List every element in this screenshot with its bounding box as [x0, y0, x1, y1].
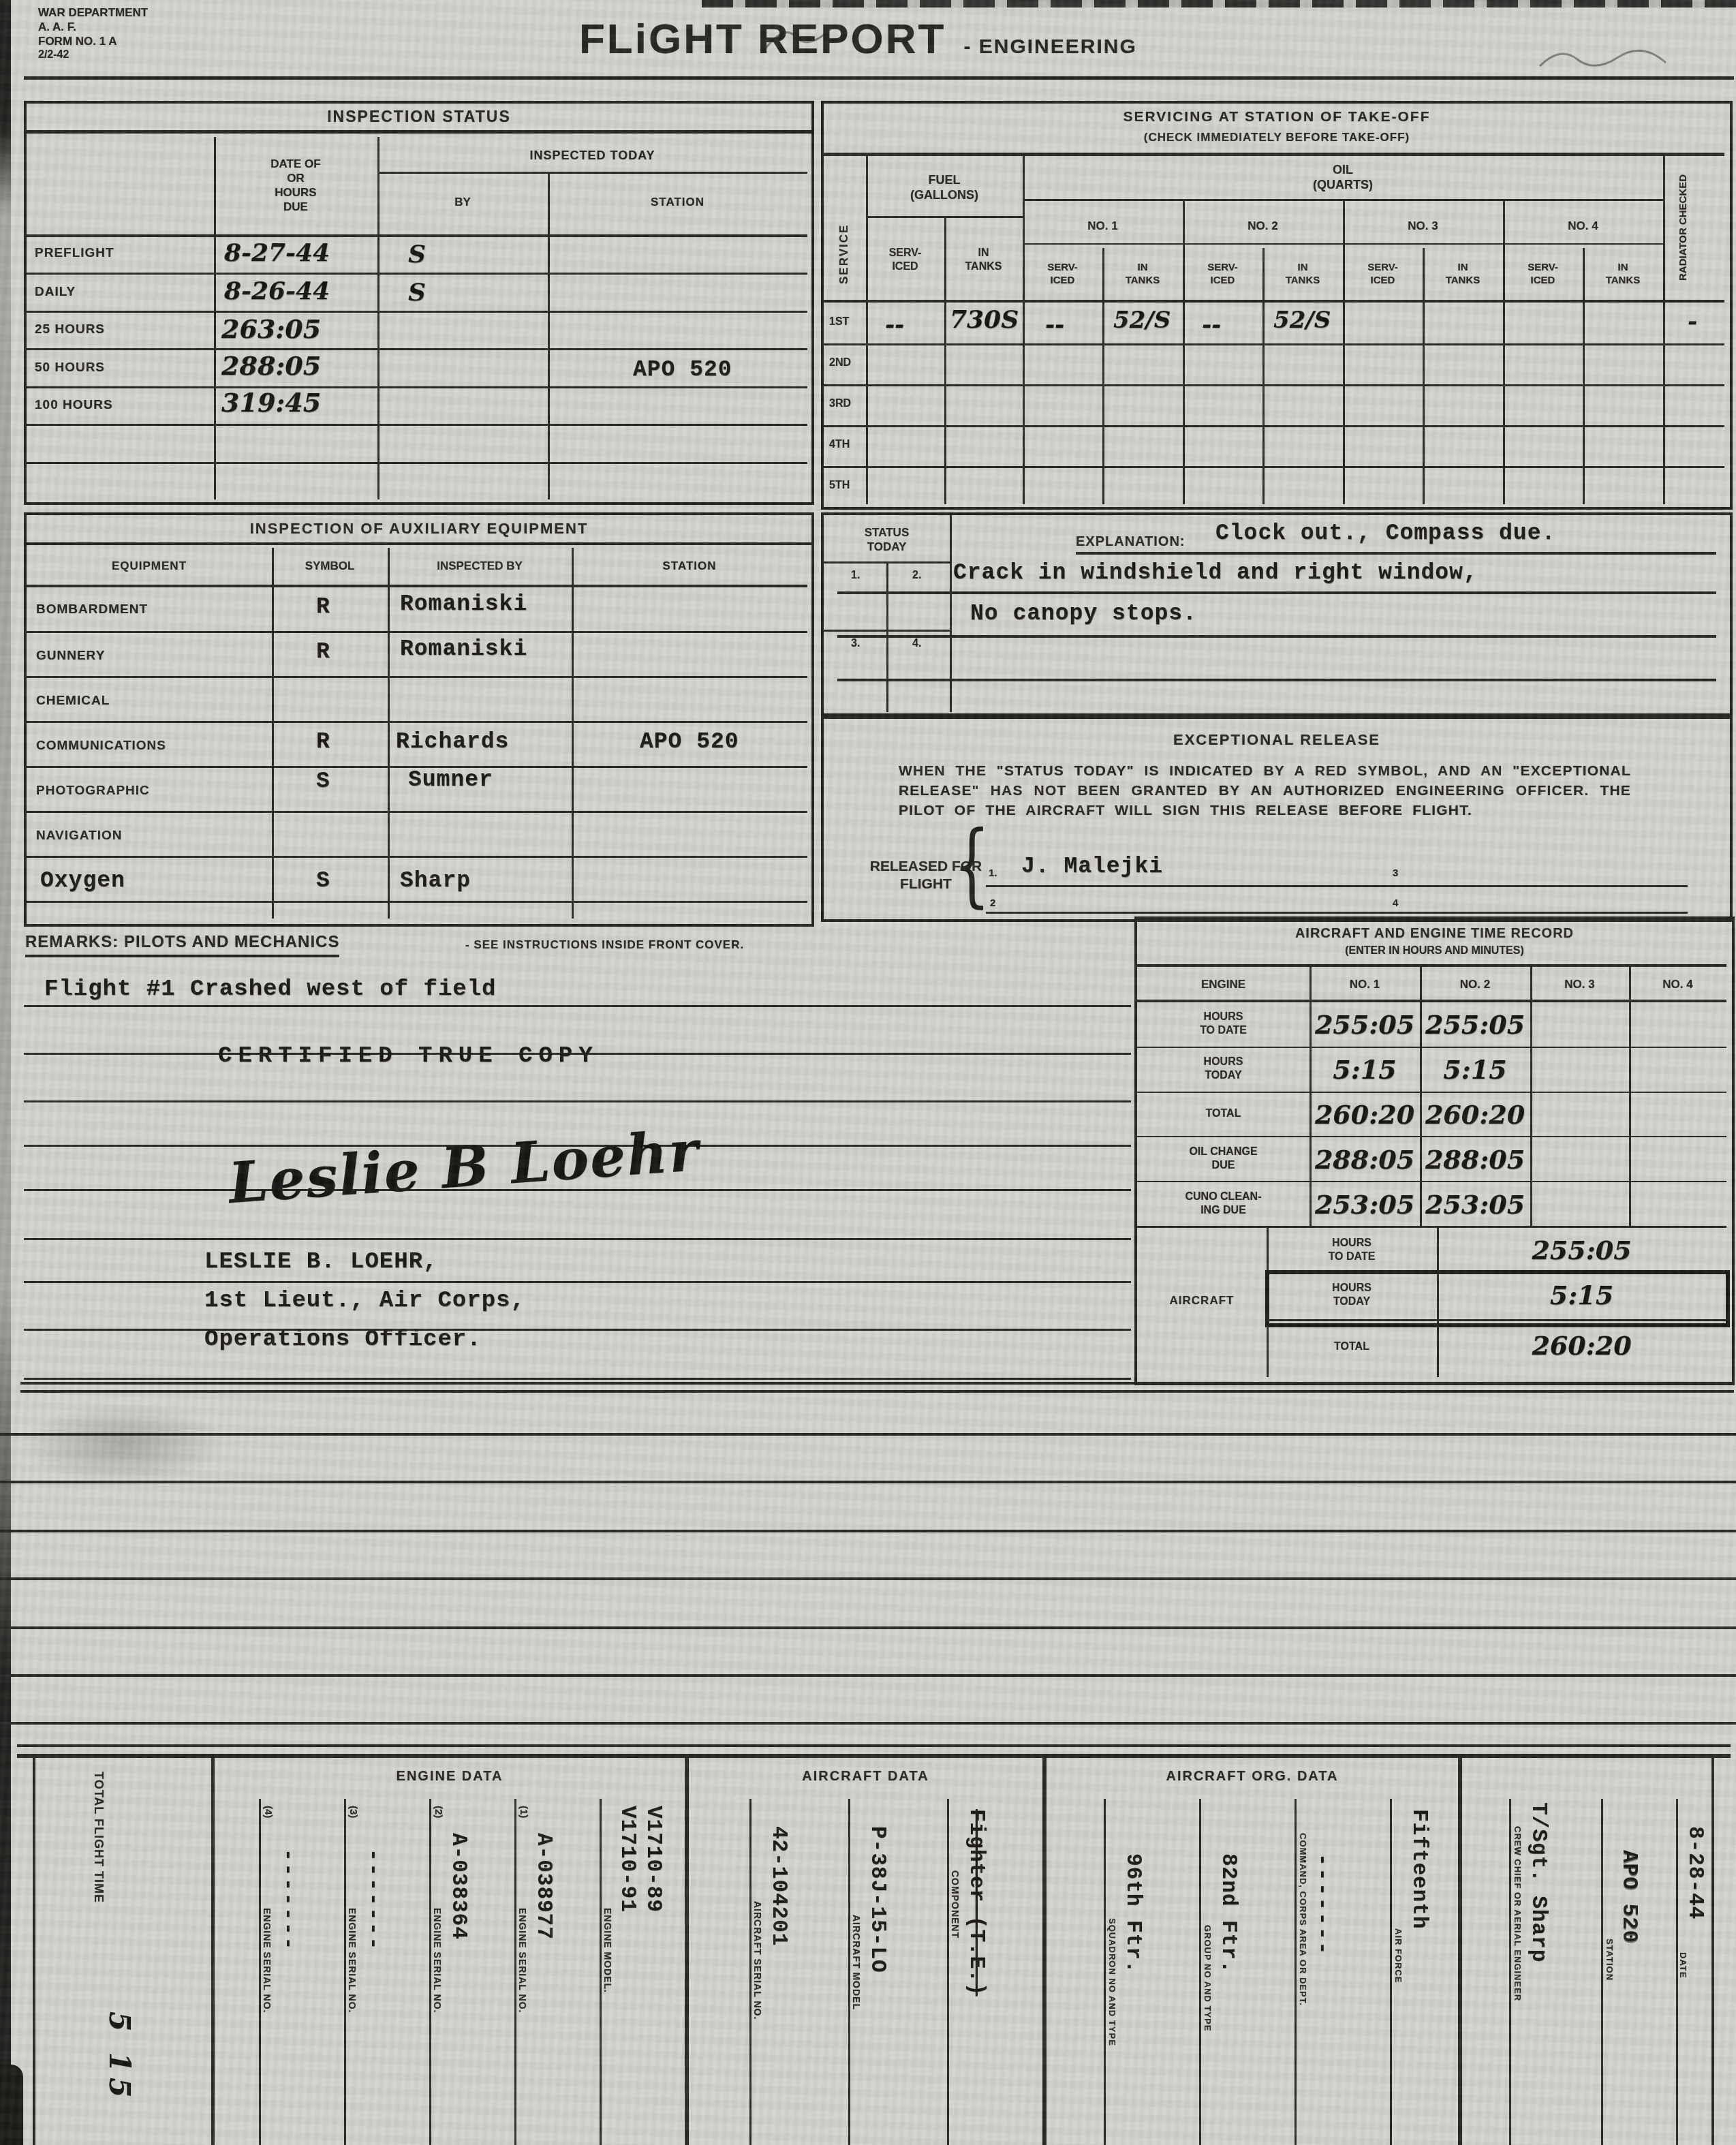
row-label: DAILY [35, 285, 76, 300]
time-record-title: AIRCRAFT AND ENGINE TIME RECORD [1137, 925, 1732, 942]
stub-column-number: (4) [262, 1806, 274, 1818]
grid-line [1267, 1319, 1726, 1321]
explanation-entry-line3: No canopy stops. [970, 601, 1197, 626]
symbol-entry: R [316, 639, 330, 664]
grid-line [27, 811, 807, 813]
oil-in-tanks-header: IN TANKS [1583, 250, 1663, 298]
aircraft-time-value: 5:15 [1437, 1275, 1726, 1314]
stub-engine-model-entry2: V1710-89 [641, 1806, 665, 1913]
service-row-label: 1ST [829, 316, 849, 328]
oil-serviced-header: SERV- ICED [1023, 250, 1102, 298]
exceptional-release-title: EXCEPTIONAL RELEASE [824, 730, 1730, 750]
grid-line [27, 234, 807, 237]
column-header-inspected-by: INSPECTED BY [388, 551, 572, 582]
stub-group-header-aircraft-data: AIRCRAFT DATA [689, 1766, 1042, 1787]
inspected-by-entry: Sumner [408, 767, 493, 792]
status-cell-number: 2. [912, 570, 921, 582]
grid-line [27, 311, 807, 313]
inspected-by-entry: Sharp [400, 868, 471, 893]
explanation-entry-line1: Clock out., Compass due. [1215, 521, 1555, 546]
signature-rule [986, 885, 1688, 887]
stub-column-label: ENGINE SERIAL NO. [347, 1908, 358, 2013]
stub-column-number: (2) [433, 1806, 444, 1818]
time-value: 255:05 [1420, 1004, 1530, 1045]
oil-serviced-header: SERV- ICED [1183, 250, 1262, 298]
explanation-label: EXPLANATION: [1076, 534, 1185, 550]
stub-border [33, 1758, 35, 2145]
rule-line [1076, 552, 1716, 555]
column-header-engine: ENGINE [1137, 971, 1309, 998]
oil1-serviced-entry: -- [1045, 311, 1064, 339]
brace-glyph: { [953, 812, 991, 918]
stub-column-number: (1) [518, 1806, 529, 1818]
grid-line [824, 384, 1724, 386]
oil2-serviced-entry: -- [1202, 311, 1221, 339]
section-divider [20, 1390, 1734, 1393]
grid-line [1183, 199, 1185, 504]
signed-title: Operations Officer. [204, 1327, 482, 1353]
stub-engine-serial-entry: ------- [361, 1849, 385, 1951]
grid-line [1503, 199, 1505, 504]
time-value: 288:05 [1420, 1139, 1530, 1179]
stub-rule [848, 1799, 850, 2145]
column-header-no2: NO. 2 [1420, 971, 1530, 998]
page-title-suffix: - ENGINEERING [963, 35, 1136, 59]
stub-aircraft-model-entry: P-38J-15-LO [865, 1826, 889, 1973]
grid-line [824, 630, 950, 632]
stub-rule [259, 1799, 261, 2145]
grid-line [1530, 967, 1532, 1226]
status-cell-number: 4. [912, 638, 921, 650]
inspection-status-title: INSPECTION STATUS [27, 104, 811, 134]
grid-line [1137, 1047, 1726, 1048]
oil-engine-header-2: NO. 2 [1183, 213, 1343, 240]
stub-date-entry: 8-28-44 [1683, 1826, 1707, 1919]
rule-line [0, 1481, 1736, 1483]
explanation-entry-line2: Crack in windshield and right window, [953, 560, 1478, 585]
column-header-equipment: EQUIPMENT [27, 551, 272, 582]
stub-total-flight-time-value: 5 15 [103, 2011, 136, 2103]
oil-serviced-header: SERV- ICED [1343, 250, 1423, 298]
stub-aircraft-serial-entry: 42-104201 [766, 1826, 790, 1946]
oil-header: OIL (QUARTS) [1023, 159, 1663, 195]
stub-column-label: ENGINE MODEL. [602, 1908, 613, 1993]
stub-group-header-engine-data: ENGINE DATA [215, 1766, 685, 1787]
equipment-label: CHEMICAL [36, 694, 110, 709]
oil-serviced-header: SERV- ICED [1503, 250, 1583, 298]
service-row-label: 3RD [829, 398, 851, 410]
rule-line [0, 1577, 1736, 1580]
form-date: 2/2-42 [38, 48, 148, 62]
stub-rule [344, 1799, 346, 2145]
rule-line [24, 1329, 1131, 1331]
service-row-label: 4TH [829, 439, 850, 451]
rule-line [24, 1238, 1131, 1240]
grid-line [1343, 199, 1345, 504]
radiator-entry: - [1688, 308, 1697, 335]
grid-line [388, 548, 390, 919]
time-row-label: HOURS TO DATE [1137, 1004, 1309, 1045]
stub-rule [514, 1799, 516, 2145]
auxiliary-title: INSPECTION OF AUXILIARY EQUIPMENT [27, 515, 811, 545]
status-today-header: STATUS TODAY [824, 522, 950, 557]
stub-air-force-entry: Fifteenth [1407, 1809, 1431, 1929]
page-title: FLiGHT REPORT [579, 15, 946, 63]
stub-column-label: DATE [1678, 1952, 1688, 1978]
grid-line [866, 216, 1023, 218]
status-cell-number: 1. [851, 570, 860, 582]
by-entry: S [408, 278, 426, 307]
time-value: 255:05 [1309, 1004, 1420, 1045]
stub-rule [600, 1799, 602, 2145]
fuel-serviced-entry: -- [885, 311, 904, 339]
stub-column-label: ENGINE SERIAL NO. [432, 1908, 443, 2013]
stub-border [1711, 1758, 1714, 2145]
column-header-station: STATION [572, 551, 807, 582]
time-value: 5:15 [1420, 1049, 1530, 1090]
stub-section: ENGINE DATA AIRCRAFT DATA AIRCRAFT ORG. … [0, 1736, 1736, 2145]
signed-name: LESLIE B. LOEHR, [204, 1249, 437, 1275]
rule-line [0, 1530, 1736, 1532]
stub-rule [1390, 1799, 1392, 2145]
status-explanation-section: STATUS TODAY 1. 2. 3. 4. EXPLANATION: Cl… [821, 512, 1733, 719]
release-line-number: 4 [1393, 897, 1398, 909]
stub-separator [211, 1758, 215, 2145]
stub-station-entry: APO 520 [1617, 1850, 1641, 1943]
column-header-inspected-today: INSPECTED TODAY [377, 142, 807, 169]
scan-edge-top-right [702, 0, 1736, 7]
stub-column-label: ENGINE SERIAL NO. [517, 1908, 528, 2013]
time-value: 260:20 [1309, 1094, 1420, 1135]
oil-in-tanks-header: IN TANKS [1423, 250, 1503, 298]
rule-line [0, 1722, 1736, 1725]
time-row-label: OIL CHANGE DUE [1137, 1139, 1309, 1179]
grid-line [1137, 1136, 1726, 1137]
grid-line [27, 585, 807, 587]
stub-engine-serial-entry: A-038364 [446, 1833, 470, 1940]
servicing-section: SERVICING AT STATION OF TAKE-OFF (CHECK … [821, 101, 1733, 510]
by-entry: S [408, 240, 426, 268]
stub-group-header-aircraft-org-data: AIRCRAFT ORG. DATA [1047, 1766, 1458, 1787]
grid-line [1629, 967, 1631, 1226]
time-value: 253:05 [1309, 1184, 1420, 1224]
time-row-label: HOURS TODAY [1137, 1049, 1309, 1090]
equipment-label: PHOTOGRAPHIC [36, 784, 150, 799]
time-row-label: TOTAL [1137, 1094, 1309, 1135]
grid-line [272, 548, 274, 919]
grid-line [27, 462, 807, 464]
grid-line [548, 174, 550, 499]
stub-rule [1199, 1799, 1201, 2145]
grid-line [27, 631, 807, 633]
stub-rule [947, 1799, 949, 2145]
grid-line [27, 676, 807, 678]
inspected-by-entry: Richards [396, 729, 509, 754]
stub-component-entry: Fighter (T.E.) [964, 1809, 988, 1996]
grid-line [1023, 199, 1663, 201]
column-header-by: BY [377, 185, 548, 219]
service-row-label: 5TH [829, 480, 850, 492]
stub-column-label: STATION [1605, 1939, 1615, 1981]
stub-top-rule [17, 1744, 1731, 1747]
grid-line [950, 515, 952, 712]
grid-line [1023, 243, 1663, 245]
grid-line [572, 548, 574, 919]
stub-total-flight-time-label: TOTAL FLIGHT TIME [91, 1772, 106, 1903]
time-value: 260:20 [1420, 1094, 1530, 1135]
stub-column-label: ENGINE SERIAL NO. [262, 1908, 273, 2013]
form-number: FORM NO. 1 A [38, 34, 148, 48]
grid-line [27, 424, 807, 426]
scan-smudge [20, 1404, 225, 1485]
status-cell-number: 3. [851, 638, 860, 650]
oil-engine-header-3: NO. 3 [1343, 213, 1503, 240]
rule-line [837, 679, 1716, 681]
equipment-label: COMMUNICATIONS [36, 739, 166, 754]
stub-column-label: AIRCRAFT MODEL [851, 1915, 862, 2010]
oil1-in-tanks-entry: 52/S [1113, 307, 1171, 334]
stub-command-entry: ------- [1310, 1853, 1334, 1956]
due-entry: 319:45 [221, 387, 321, 418]
stub-rule [749, 1799, 751, 2145]
stub-crew-chief-entry: T/Sgt. Sharp [1526, 1802, 1550, 1962]
time-value: 5:15 [1309, 1049, 1420, 1090]
rule-line [0, 1674, 1736, 1677]
column-header-no3: NO. 3 [1530, 971, 1629, 998]
equipment-entry-oxygen: Oxygen [40, 868, 125, 893]
grid-line [824, 425, 1724, 427]
stub-rule [1601, 1799, 1603, 2145]
stub-column-label: COMPONENT [950, 1870, 961, 1939]
signature-rule [986, 912, 1688, 914]
remarks-section: REMARKS: PILOTS AND MECHANICS - SEE INST… [24, 923, 1134, 1380]
inspected-by-entry: Romaniski [400, 591, 527, 617]
time-value: 288:05 [1309, 1139, 1420, 1179]
grid-line [824, 300, 1724, 303]
grid-line [1137, 1226, 1726, 1228]
row-label: 25 HOURS [35, 322, 105, 337]
aircraft-row-label: HOURS TODAY [1267, 1276, 1437, 1314]
column-header-no1: NO. 1 [1309, 971, 1420, 998]
due-entry: 263:05 [221, 313, 321, 344]
oil2-in-tanks-entry: 52/S [1273, 307, 1331, 334]
exceptional-release-body: WHEN THE "STATUS TODAY" IS INDICATED BY … [899, 761, 1631, 820]
stub-rule [1295, 1799, 1297, 2145]
stub-engine-model-entry: V1710-91 [615, 1806, 639, 1913]
grid-line [824, 466, 1724, 468]
symbol-entry: R [316, 594, 330, 619]
grid-line [1137, 964, 1726, 967]
grid-line [824, 343, 1724, 345]
oil-engine-header-4: NO. 4 [1503, 213, 1663, 240]
rule-line [24, 1281, 1131, 1283]
grid-line [1137, 1181, 1726, 1182]
certified-true-copy: CERTIFIED TRUE COPY [218, 1043, 599, 1069]
oil-engine-header-1: NO. 1 [1023, 213, 1183, 240]
section-divider [20, 1382, 1734, 1385]
grid-line [27, 273, 807, 275]
aircraft-row-label: HOURS TO DATE [1267, 1231, 1437, 1269]
auxiliary-equipment-section: INSPECTION OF AUXILIARY EQUIPMENT EQUIPM… [24, 512, 814, 927]
grid-line [27, 901, 807, 903]
grid-line [1663, 156, 1665, 504]
stub-column-label: COMMAND, CORPS AREA OR DEPT. [1298, 1833, 1308, 2006]
remarks-header-note: - SEE INSTRUCTIONS INSIDE FRONT COVER. [465, 938, 744, 952]
grid-line [1137, 1092, 1726, 1093]
column-header-no4: NO. 4 [1629, 971, 1726, 998]
agency-name: WAR DEPARTMENT [38, 5, 148, 20]
symbol-entry: S [316, 769, 330, 794]
row-label: 50 HOURS [35, 360, 105, 375]
rule-line [0, 1626, 1736, 1629]
form-id-block: WAR DEPARTMENT A. A. F. FORM NO. 1 A 2/2… [38, 5, 148, 62]
scanned-flight-report-page: WAR DEPARTMENT A. A. F. FORM NO. 1 A 2/2… [0, 0, 1736, 2145]
service-row-label: 2ND [829, 357, 851, 369]
equipment-label: NAVIGATION [36, 829, 122, 844]
grid-line [27, 856, 807, 858]
servicing-subtitle: (CHECK IMMEDIATELY BEFORE TAKE-OFF) [824, 129, 1730, 146]
fuel-in-tanks-header: IN TANKS [944, 233, 1023, 288]
grid-line [27, 386, 807, 388]
org-name: A. A. F. [38, 20, 148, 34]
column-header-due: DATE OF OR HOURS DUE [214, 141, 377, 230]
stub-engine-serial-entry: ------- [276, 1849, 300, 1951]
signed-rank: 1st Lieut., Air Corps, [204, 1288, 525, 1314]
inspected-by-entry: Romaniski [400, 636, 527, 662]
rule-line [24, 1100, 1131, 1102]
rule-line [837, 591, 1716, 594]
stub-column-label: SQUADRON NO AND TYPE [1107, 1918, 1117, 2046]
stub-rule [1104, 1799, 1106, 2145]
aircraft-time-value: 260:20 [1437, 1325, 1726, 1365]
top-rule-line [24, 76, 1734, 80]
grid-line [824, 153, 1724, 156]
equipment-label: BOMBARDMENT [36, 602, 148, 617]
station-entry: APO 520 [633, 357, 732, 382]
fuel-in-tanks-entry: 730S [950, 305, 1019, 334]
release-line-number: 3 [1393, 867, 1398, 879]
exceptional-release-section: EXCEPTIONAL RELEASE WHEN THE "STATUS TOD… [821, 713, 1733, 922]
due-entry: 8-27-44 [224, 238, 330, 267]
grid-line [27, 721, 807, 723]
due-entry: 288:05 [221, 350, 321, 381]
column-header-station: STATION [548, 185, 807, 219]
grid-line [1023, 156, 1025, 504]
fuel-serviced-header: SERV- ICED [866, 233, 944, 288]
stub-column-number: (3) [347, 1806, 359, 1818]
row-label: PREFLIGHT [35, 246, 114, 261]
stub-group-entry: 82nd Ftr. [1216, 1853, 1240, 1973]
rule-line [0, 1433, 1736, 1436]
stub-squadron-entry: 96th Ftr. [1121, 1853, 1145, 1973]
grid-line [27, 348, 807, 350]
row-label: 100 HOURS [35, 398, 113, 413]
release-signature-entry: J. Malejki [1021, 854, 1163, 879]
time-record-section: AIRCRAFT AND ENGINE TIME RECORD (ENTER I… [1134, 916, 1735, 1385]
aircraft-time-value: 255:05 [1437, 1230, 1726, 1269]
time-record-subtitle: (ENTER IN HOURS AND MINUTES) [1137, 944, 1732, 959]
equipment-label: GUNNERY [36, 649, 105, 664]
stub-separator [1458, 1758, 1462, 2145]
symbol-entry: R [316, 729, 330, 754]
stub-column-label: GROUP NO AND TYPE [1203, 1925, 1213, 2031]
stub-rule [429, 1799, 431, 2145]
page-title-row: FLiGHT REPORT - ENGINEERING [579, 15, 1137, 63]
remarks-entry-line1: Flight #1 Crashed west of field [44, 976, 497, 1002]
fuel-header: FUEL (GALLONS) [866, 164, 1023, 211]
station-entry: APO 520 [640, 729, 739, 754]
stub-separator [1042, 1758, 1047, 2145]
stub-separator [685, 1758, 689, 2145]
oil-in-tanks-header: IN TANKS [1102, 250, 1183, 298]
pencil-mark-wavy [1536, 42, 1673, 76]
time-value: 253:05 [1420, 1184, 1530, 1224]
stub-rule [1509, 1799, 1511, 2145]
time-row-label: CUNO CLEAN- ING DUE [1137, 1184, 1309, 1224]
column-header-symbol: SYMBOL [272, 551, 388, 582]
stub-column-label: AIR FORCE [1393, 1928, 1404, 1984]
rule-line [24, 1378, 1131, 1380]
release-line-number: 2 [990, 897, 995, 909]
aircraft-row-label: TOTAL [1267, 1328, 1437, 1366]
stub-column-label: AIRCRAFT SERIAL NO. [752, 1901, 763, 2020]
radiator-checked-header: RADIATOR CHECKED [1677, 174, 1690, 281]
servicing-title: SERVICING AT STATION OF TAKE-OFF [824, 108, 1730, 127]
signature-script: Leslie B Loehr [226, 1118, 701, 1216]
stub-engine-serial-entry: A-038977 [531, 1833, 555, 1940]
stub-top-rule [17, 1754, 1731, 1758]
aircraft-row-group-label: AIRCRAFT [1137, 1287, 1267, 1314]
stub-column-label: CREW CHIEF OR AERIAL ENGINEER [1513, 1826, 1523, 2001]
column-header-service: SERVICE [837, 224, 851, 284]
rule-line [837, 635, 1716, 638]
inspection-status-section: INSPECTION STATUS DATE OF OR HOURS DUE I… [24, 101, 814, 505]
rule-line [24, 1005, 1131, 1007]
grid-line [377, 172, 807, 174]
due-entry: 8-26-44 [224, 277, 330, 305]
remarks-header: REMARKS: PILOTS AND MECHANICS [25, 933, 339, 957]
grid-line [1137, 1000, 1726, 1002]
symbol-entry: S [316, 868, 330, 893]
oil-in-tanks-header: IN TANKS [1262, 250, 1343, 298]
release-line-number: 1. [989, 867, 997, 879]
